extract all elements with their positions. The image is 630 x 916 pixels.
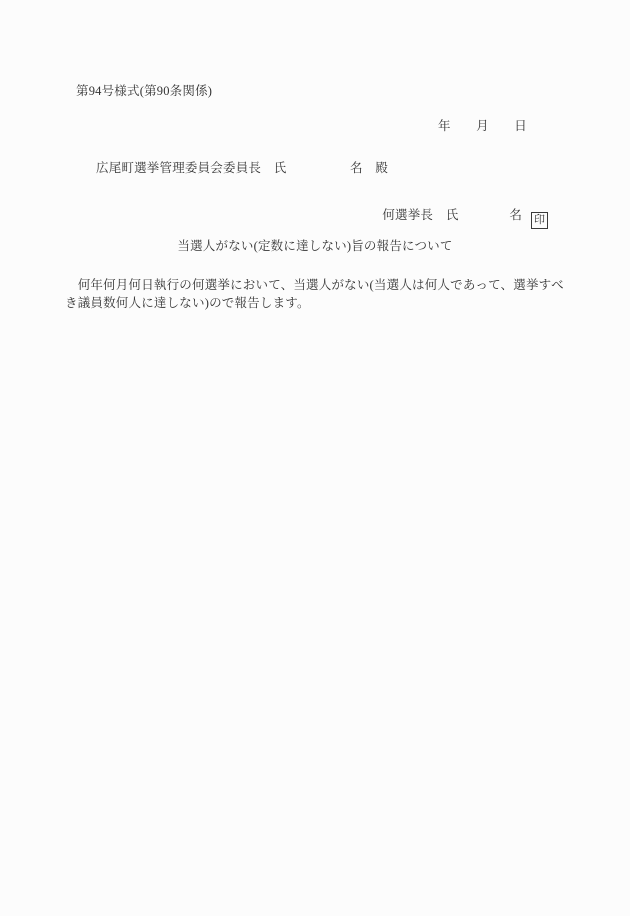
document-title: 当選人がない(定数に達しない)旨の報告について bbox=[0, 236, 630, 254]
body-line-2: き議員数何人に達しない)ので報告します。 bbox=[65, 295, 580, 313]
body-paragraph: 何年何月何日執行の何選挙において、当選人がない(当選人は何人であって、選挙すべ … bbox=[65, 277, 580, 312]
addressee-line: 広尾町選挙管理委員会委員長 氏 名 殿 bbox=[96, 161, 388, 175]
sender-text: 何選挙長 氏 名 bbox=[382, 208, 522, 222]
body-line-1: 何年何月何日執行の何選挙において、当選人がない(当選人は何人であって、選挙すべ bbox=[65, 277, 580, 295]
date-line: 年 月 日 bbox=[438, 119, 527, 133]
seal-mark: 印 bbox=[531, 212, 548, 229]
document-page: 第94号様式(第90条関係) 年 月 日 広尾町選挙管理委員会委員長 氏 名 殿… bbox=[0, 0, 630, 916]
form-number: 第94号様式(第90条関係) bbox=[76, 84, 212, 98]
